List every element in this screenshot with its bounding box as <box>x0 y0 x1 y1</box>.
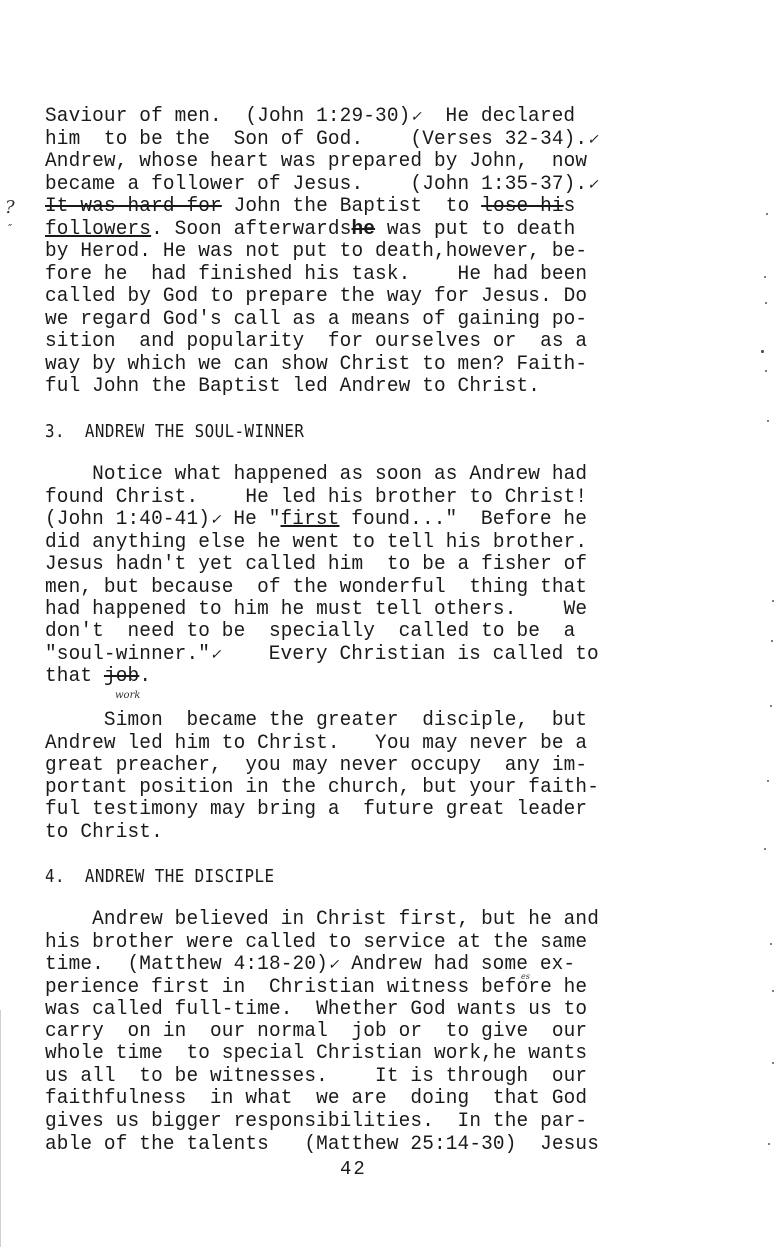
text-line: found Christ. He led his brother to Chri… <box>45 487 639 509</box>
check-mark-icon: ✓ <box>210 647 222 663</box>
text-line: called by God to prepare the way for Jes… <box>45 286 639 308</box>
scan-speck <box>765 302 767 304</box>
text-line: Andrew, whose heart was prepared by John… <box>45 151 639 173</box>
text-line: Saviour of men. (John 1:29-30)✓ He decla… <box>45 106 639 128</box>
text-line: gives us bigger responsibilities. In the… <box>45 1111 639 1133</box>
text-line: was called full-time. Whether God wants … <box>45 999 639 1021</box>
section-heading: 4. ANDREW THE DISCIPLE <box>45 866 584 888</box>
scan-speck <box>765 370 767 372</box>
scan-speck <box>767 420 769 422</box>
page-edge-shadow <box>0 1010 1 1247</box>
text-line-edited: followers. Soon afterwardshe was put to … <box>45 219 639 241</box>
text-line: Jesus hadn't yet called him to be a fish… <box>45 554 639 576</box>
text-line: faithfulness in what we are doing that G… <box>45 1088 639 1110</box>
check-mark-icon: ✓ <box>587 132 599 148</box>
text-line-edited: that job. <box>45 666 639 688</box>
text-line: perience first in Christian witness befo… <box>45 977 639 999</box>
check-mark-icon: ✓ <box>410 109 422 125</box>
text-line: whole time to special Christian work,he … <box>45 1043 639 1065</box>
text-line: fore he had finished his task. He had be… <box>45 264 639 286</box>
margin-question-mark: ? <box>5 197 15 218</box>
text-line: sition and popularity for ourselves or a… <box>45 331 639 353</box>
scan-speck <box>764 848 766 850</box>
text-line: ful John the Baptist led Andrew to Chris… <box>45 376 639 398</box>
text-line: we regard God's call as a means of gaini… <box>45 309 639 331</box>
text-line: portant position in the church, but your… <box>45 777 639 799</box>
struck-text: job <box>104 665 139 688</box>
text-line: him to be the Son of God. (Verses 32-34)… <box>45 129 639 151</box>
scan-speck <box>768 1143 770 1145</box>
section-heading: 3. ANDREW THE SOUL-WINNER <box>45 421 584 443</box>
document-page: ? ″ Saviour of men. (John 1:29-30)✓ He d… <box>0 0 774 1247</box>
text-line: Andrew believed in Christ first, but he … <box>45 909 639 931</box>
struck-text: lose hi <box>481 195 564 218</box>
struck-text: followers <box>45 218 151 241</box>
scan-speck <box>770 705 772 707</box>
text-line: Simon became the greater disciple, but <box>45 710 639 732</box>
handwritten-correction: work <box>115 690 140 701</box>
text-line: time. (Matthew 4:18-20)✓ Andrew had some… <box>45 954 639 976</box>
text-line: able of the talents (Matthew 25:14-30) J… <box>45 1134 639 1156</box>
text-line: became a follower of Jesus. (John 1:35-3… <box>45 174 639 196</box>
text-line: way by which we can show Christ to men? … <box>45 354 639 376</box>
scan-speck <box>771 640 773 642</box>
struck-text: he <box>351 218 375 241</box>
text-line: to Christ. <box>45 822 639 844</box>
scan-speck <box>767 780 769 782</box>
text-line: did anything else he went to tell his br… <box>45 532 639 554</box>
text-line: (John 1:40-41)✓ He "first found..." Befo… <box>45 509 639 531</box>
page-number: 42 <box>340 1158 367 1180</box>
text-line: his brother were called to service at th… <box>45 932 639 954</box>
text-line: by Herod. He was not put to death,howeve… <box>45 241 639 263</box>
text-line-edited: It was hard for John the Baptist to lose… <box>45 196 639 218</box>
text-line: ful testimony may bring a future great l… <box>45 799 639 821</box>
text-line: great preacher, you may never occupy any… <box>45 755 639 777</box>
text-line: "soul-winner."✓ Every Christian is calle… <box>45 644 639 666</box>
text-line: us all to be witnesses. It is through ou… <box>45 1066 639 1088</box>
text-line: Andrew led him to Christ. You may never … <box>45 733 639 755</box>
underlined-text: first <box>281 508 340 531</box>
text-line: had happened to him he must tell others.… <box>45 599 639 621</box>
text-line: men, but because of the wonderful thing … <box>45 577 639 599</box>
scan-speck <box>770 943 772 945</box>
check-mark-icon: ✓ <box>210 512 222 528</box>
scan-speck <box>761 350 764 353</box>
scan-speck <box>764 276 766 278</box>
text-line: carry on in our normal job or to give ou… <box>45 1021 639 1043</box>
struck-text: It was hard for <box>45 195 222 218</box>
margin-small-mark: ″ <box>8 222 12 235</box>
scan-speck <box>766 213 768 215</box>
check-mark-icon: ✓ <box>328 957 340 973</box>
check-mark-icon: ✓ <box>587 177 599 193</box>
text-line: Notice what happened as soon as Andrew h… <box>45 464 639 486</box>
text-line: don't need to be specially called to be … <box>45 621 639 643</box>
